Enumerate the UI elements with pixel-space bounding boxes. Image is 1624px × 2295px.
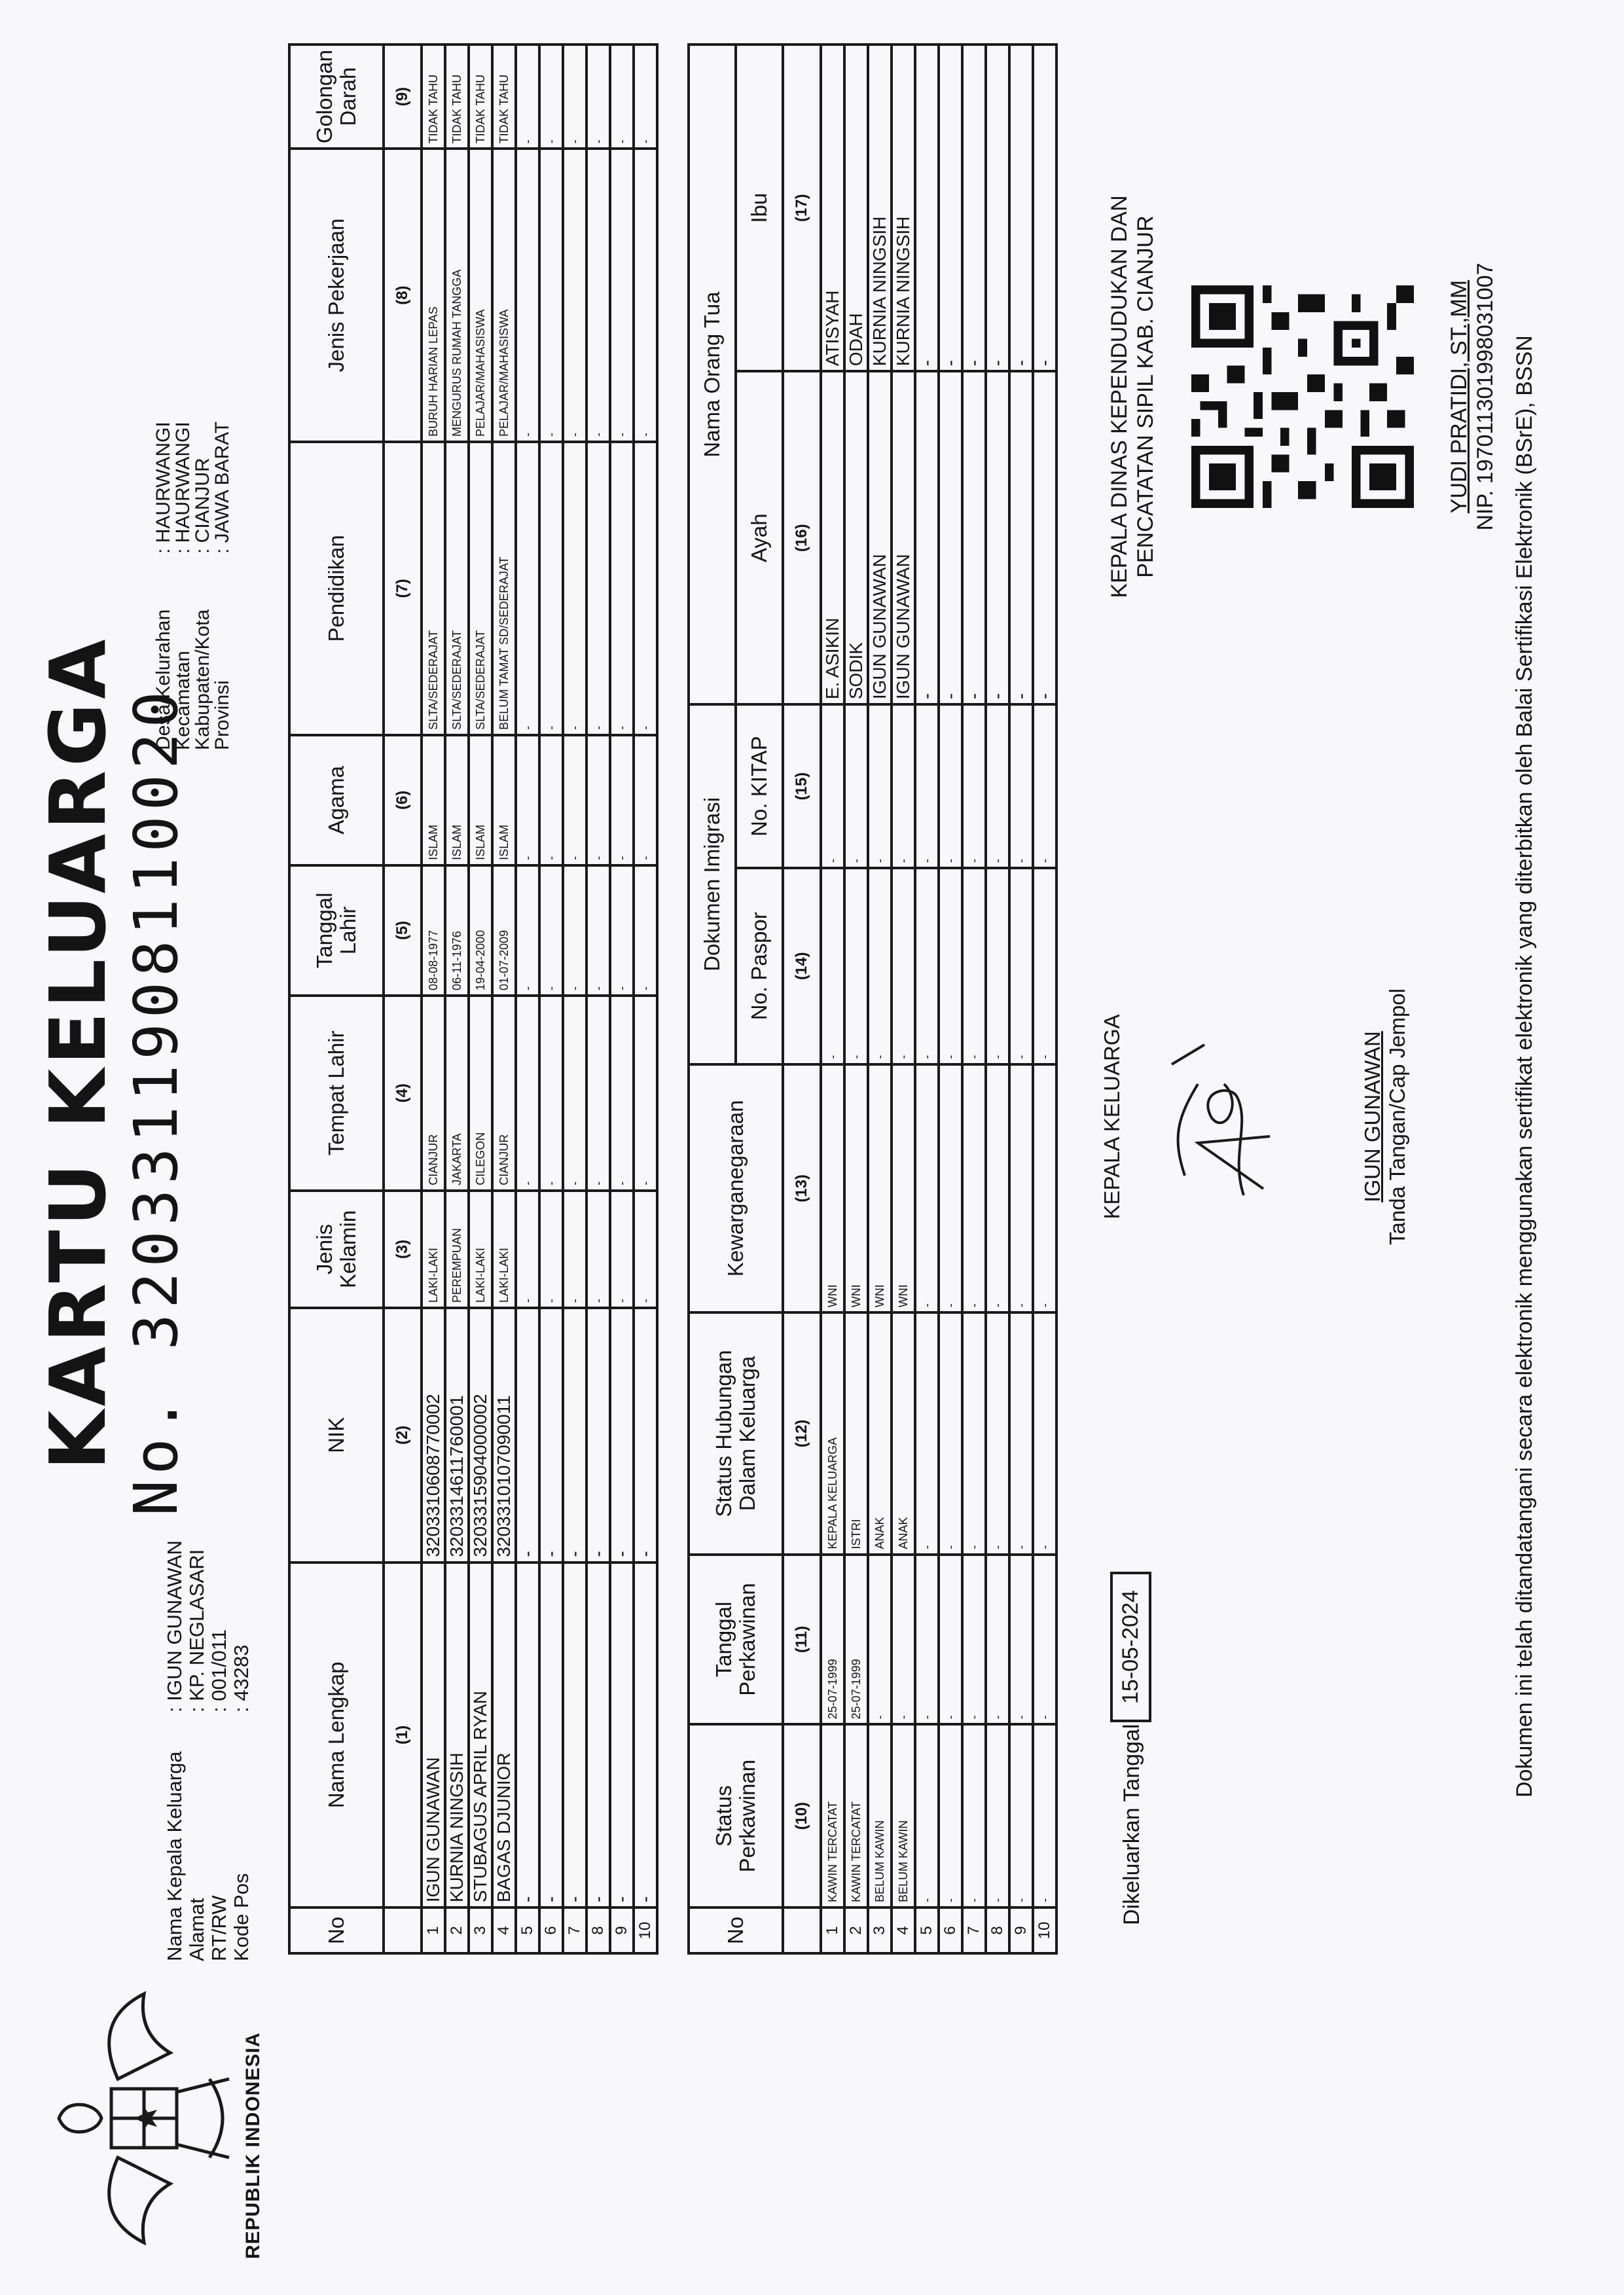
status-cell: - bbox=[939, 868, 962, 1064]
column-number: (12) bbox=[783, 1312, 821, 1554]
status-cell: - bbox=[962, 868, 986, 1064]
member-cell: - bbox=[563, 1191, 586, 1308]
status-cell: - bbox=[962, 1064, 986, 1313]
column-header: Tanggal Perkawinan bbox=[689, 1555, 783, 1725]
member-cell: - bbox=[610, 1563, 634, 1908]
member-cell: 7 bbox=[563, 1907, 586, 1953]
column-number: (4) bbox=[384, 996, 422, 1191]
family-card-sheet: REPUBLIK INDONESIA Nama Kepala Keluarga:… bbox=[0, 0, 1624, 2295]
member-cell: - bbox=[563, 996, 586, 1191]
member-cell: 10 bbox=[634, 1907, 657, 1953]
status-cell: - bbox=[1033, 704, 1056, 868]
member-cell: ISLAM bbox=[445, 735, 469, 865]
parents-group-header: Nama Orang Tua bbox=[689, 45, 736, 704]
status-cell: 9 bbox=[1009, 1907, 1033, 1953]
status-cell: ANAK bbox=[892, 1312, 915, 1554]
esign-note: Dokumen ini telah ditandatangani secara … bbox=[1512, 335, 1538, 1798]
status-cell: ATISYAH bbox=[821, 45, 844, 371]
status-cell: - bbox=[915, 704, 939, 868]
member-row: 6--------- bbox=[539, 45, 563, 1953]
status-cell: - bbox=[1033, 1312, 1056, 1554]
status-table-header: NoStatus PerkawinanTanggal PerkawinanSta… bbox=[689, 45, 736, 1953]
status-row: 8-------- bbox=[986, 45, 1009, 1953]
status-cell: - bbox=[915, 1312, 939, 1554]
member-row: 4BAGAS DJUNIOR3203310107090011LAKI-LAKIC… bbox=[492, 45, 516, 1953]
member-cell: - bbox=[586, 45, 610, 149]
member-cell: ISLAM bbox=[469, 735, 492, 865]
status-cell: E. ASIKIN bbox=[821, 371, 844, 704]
status-cell: 4 bbox=[892, 1907, 915, 1953]
member-cell: - bbox=[610, 865, 634, 996]
member-cell: 4 bbox=[492, 1907, 516, 1953]
status-cell: 5 bbox=[915, 1907, 939, 1953]
status-cell: - bbox=[986, 45, 1009, 371]
column-number: (7) bbox=[384, 442, 422, 735]
column-number: (10) bbox=[783, 1724, 821, 1907]
column-header: Kewarganegaraan bbox=[689, 1064, 783, 1313]
status-cell: IGUN GUNAWAN bbox=[868, 371, 892, 704]
member-cell: - bbox=[586, 1308, 610, 1562]
member-cell: KURNIA NINGSIH bbox=[445, 1563, 469, 1908]
member-cell: 9 bbox=[610, 1907, 634, 1953]
member-cell: - bbox=[563, 735, 586, 865]
status-cell: BELUM KAWIN bbox=[892, 1724, 915, 1907]
status-cell: WNI bbox=[868, 1064, 892, 1313]
status-cell: 1 bbox=[821, 1907, 844, 1953]
column-number: (17) bbox=[783, 45, 821, 371]
member-cell: CIANJUR bbox=[422, 996, 445, 1191]
member-cell: - bbox=[610, 996, 634, 1191]
status-row: 9-------- bbox=[1009, 45, 1033, 1953]
status-cell: - bbox=[1033, 45, 1056, 371]
status-cell: 8 bbox=[986, 1907, 1009, 1953]
member-cell: - bbox=[563, 45, 586, 149]
status-cell: 10 bbox=[1033, 1907, 1056, 1953]
member-cell: - bbox=[586, 442, 610, 735]
official-signature-block: KEPALA DINAS KEPENDUDUKAN DAN PENCATATAN… bbox=[1106, 102, 1498, 691]
status-cell: 25-07-1999 bbox=[821, 1555, 844, 1725]
status-cell: - bbox=[939, 1312, 962, 1554]
member-cell: 06-11-1976 bbox=[445, 865, 469, 996]
column-header: Status Hubungan Dalam Keluarga bbox=[689, 1312, 783, 1554]
member-row: 9--------- bbox=[610, 45, 634, 1953]
member-cell: - bbox=[610, 45, 634, 149]
member-cell: LAKI-LAKI bbox=[492, 1191, 516, 1308]
member-cell: ISLAM bbox=[422, 735, 445, 865]
member-row: 3STUBAGUS APRIL RYAN3203315904000002LAKI… bbox=[469, 45, 492, 1953]
member-cell: JAKARTA bbox=[445, 996, 469, 1191]
member-cell: - bbox=[563, 1308, 586, 1562]
issued-date: 15-05-2024 bbox=[1110, 1572, 1151, 1722]
status-cell: - bbox=[1009, 1555, 1033, 1725]
member-cell: - bbox=[563, 149, 586, 442]
member-cell: - bbox=[586, 735, 610, 865]
status-cell: - bbox=[1009, 45, 1033, 371]
member-cell: - bbox=[539, 1308, 563, 1562]
member-row: 8--------- bbox=[586, 45, 610, 1953]
status-row: 3BELUM KAWIN-ANAKWNI--IGUN GUNAWANKURNIA… bbox=[868, 45, 892, 1953]
village-value: : HAURWANGI bbox=[154, 422, 173, 554]
member-cell: - bbox=[586, 1563, 610, 1908]
region-label: Kabupaten/Kota bbox=[193, 554, 213, 750]
column-number: (1) bbox=[384, 1563, 422, 1908]
status-cell: - bbox=[986, 1555, 1009, 1725]
status-table-col-numbers: (10)(11)(12)(13)(14)(15)(16)(17) bbox=[783, 45, 821, 1953]
household-info: Nama Kepala Keluarga: IGUN GUNAWAN Alama… bbox=[164, 1540, 253, 1961]
district-value: : HAURWANGI bbox=[173, 422, 193, 554]
member-cell: 3203315904000002 bbox=[469, 1308, 492, 1562]
region-info: Desa/Kelurahan: HAURWANGI Kecamatan: HAU… bbox=[154, 422, 232, 750]
status-cell: - bbox=[986, 704, 1009, 868]
member-cell: LAKI-LAKI bbox=[469, 1191, 492, 1308]
member-cell: CILEGON bbox=[469, 996, 492, 1191]
status-cell: KURNIA NINGSIH bbox=[868, 45, 892, 371]
member-cell: - bbox=[516, 1191, 539, 1308]
status-row: 1KAWIN TERCATAT25-07-1999KEPALA KELUARGA… bbox=[821, 45, 844, 1953]
column-number: (16) bbox=[783, 371, 821, 704]
member-cell: 01-07-2009 bbox=[492, 865, 516, 996]
immigration-group-header: Dokumen Imigrasi bbox=[689, 704, 736, 1064]
info-label: RT/RW bbox=[208, 1712, 230, 1961]
member-cell: STUBAGUS APRIL RYAN bbox=[469, 1563, 492, 1908]
member-cell: PELAJAR/MAHASISWA bbox=[469, 149, 492, 442]
member-row: 10--------- bbox=[634, 45, 657, 1953]
column-header: NIK bbox=[289, 1308, 384, 1562]
head-title: KEPALA KELUARGA bbox=[1100, 920, 1125, 1313]
column-header: Agama bbox=[289, 735, 384, 865]
rt-rw-value: : 001/011 bbox=[208, 1629, 230, 1712]
status-cell: - bbox=[915, 1724, 939, 1907]
status-cell: - bbox=[962, 1724, 986, 1907]
column-number bbox=[783, 1907, 821, 1953]
status-cell: - bbox=[892, 868, 915, 1064]
status-cell: - bbox=[939, 1064, 962, 1313]
member-cell: 08-08-1977 bbox=[422, 865, 445, 996]
member-cell: BAGAS DJUNIOR bbox=[492, 1563, 516, 1908]
status-cell: - bbox=[844, 868, 868, 1064]
column-number bbox=[384, 1907, 422, 1953]
status-cell: BELUM KAWIN bbox=[868, 1724, 892, 1907]
member-cell: TIDAK TAHU bbox=[422, 45, 445, 149]
member-cell: - bbox=[539, 149, 563, 442]
member-cell: - bbox=[586, 1191, 610, 1308]
member-cell: SLTA/SEDERAJAT bbox=[422, 442, 445, 735]
member-cell: PELAJAR/MAHASISWA bbox=[492, 149, 516, 442]
column-number: (14) bbox=[783, 868, 821, 1064]
head-caption: Tanda Tangan/Cap Jempol bbox=[1385, 920, 1410, 1313]
status-cell: - bbox=[1033, 1724, 1056, 1907]
column-number: (6) bbox=[384, 735, 422, 865]
region-label: Desa/Kelurahan bbox=[154, 554, 173, 750]
member-cell: PEREMPUAN bbox=[445, 1191, 469, 1308]
kk-number-value: 3203311908110020 bbox=[121, 686, 191, 1350]
member-cell: - bbox=[634, 996, 657, 1191]
column-number: (11) bbox=[783, 1555, 821, 1725]
status-cell: - bbox=[962, 704, 986, 868]
status-cell: - bbox=[1009, 1064, 1033, 1313]
status-cell: - bbox=[986, 1312, 1009, 1554]
member-cell: CIANJUR bbox=[492, 996, 516, 1191]
status-cell: - bbox=[986, 1064, 1009, 1313]
column-header: No. Paspor bbox=[736, 868, 783, 1064]
status-row: 4BELUM KAWIN-ANAKWNI--IGUN GUNAWANKURNIA… bbox=[892, 45, 915, 1953]
status-cell: - bbox=[868, 704, 892, 868]
member-cell: - bbox=[586, 149, 610, 442]
status-cell: KAWIN TERCATAT bbox=[844, 1724, 868, 1907]
status-cell: - bbox=[1009, 371, 1033, 704]
member-cell: 5 bbox=[516, 1907, 539, 1953]
status-cell: - bbox=[962, 45, 986, 371]
address-value: : KP. NEGLASARI bbox=[186, 1549, 208, 1712]
status-cell: - bbox=[986, 868, 1009, 1064]
status-row: 2KAWIN TERCATAT25-07-1999ISTRIWNI--SODIK… bbox=[844, 45, 868, 1953]
status-cell: - bbox=[939, 1555, 962, 1725]
info-label: Kode Pos bbox=[230, 1712, 253, 1961]
members-table-header: NoNama LengkapNIKJenis KelaminTempat Lah… bbox=[289, 45, 384, 1953]
issued-date-block: Dikeluarkan Tanggal: 15-05-2024 bbox=[1119, 1718, 1145, 1925]
column-header: No. KITAP bbox=[736, 704, 783, 868]
member-cell: LAKI-LAKI bbox=[422, 1191, 445, 1308]
member-cell: - bbox=[563, 442, 586, 735]
status-row: 6-------- bbox=[939, 45, 962, 1953]
member-cell: - bbox=[539, 865, 563, 996]
status-cell: - bbox=[939, 1724, 962, 1907]
status-cell: WNI bbox=[821, 1064, 844, 1313]
official-title-line2: PENCATATAN SIPIL KAB. CIANJUR bbox=[1132, 102, 1159, 691]
column-number: (9) bbox=[384, 45, 422, 149]
member-cell: - bbox=[563, 1563, 586, 1908]
members-table: NoNama LengkapNIKJenis KelaminTempat Lah… bbox=[288, 43, 659, 1955]
status-cell: - bbox=[868, 1555, 892, 1725]
status-cell: - bbox=[1033, 1064, 1056, 1313]
head-signature-block: KEPALA KELUARGA IGUN GUNAWAN Tanda Tanga… bbox=[1100, 920, 1410, 1313]
column-header: Golongan Darah bbox=[289, 45, 384, 149]
column-header: Jenis Pekerjaan bbox=[289, 149, 384, 442]
status-cell: 3 bbox=[868, 1907, 892, 1953]
member-cell: TIDAK TAHU bbox=[445, 45, 469, 149]
member-cell: TIDAK TAHU bbox=[492, 45, 516, 149]
status-cell: - bbox=[915, 1555, 939, 1725]
member-cell: - bbox=[516, 442, 539, 735]
column-header: Ibu bbox=[736, 45, 783, 371]
status-cell: ISTRI bbox=[844, 1312, 868, 1554]
member-cell: 19-04-2000 bbox=[469, 865, 492, 996]
status-cell: - bbox=[821, 704, 844, 868]
member-cell: - bbox=[634, 1563, 657, 1908]
member-cell: - bbox=[634, 865, 657, 996]
column-header: Nama Lengkap bbox=[289, 1563, 384, 1908]
member-cell: IGUN GUNAWAN bbox=[422, 1563, 445, 1908]
column-header: Pendidikan bbox=[289, 442, 384, 735]
member-cell: - bbox=[539, 1563, 563, 1908]
signature-icon bbox=[1159, 1019, 1290, 1215]
member-cell: - bbox=[563, 865, 586, 996]
status-cell: 7 bbox=[962, 1907, 986, 1953]
head-name: IGUN GUNAWAN bbox=[1360, 920, 1385, 1313]
member-cell: - bbox=[634, 45, 657, 149]
province-value: : JAWA BARAT bbox=[213, 422, 232, 554]
official-title-line1: KEPALA DINAS KEPENDUDUKAN DAN bbox=[1106, 102, 1132, 691]
member-row: 2KURNIA NINGSIH3203314611760001PEREMPUAN… bbox=[445, 45, 469, 1953]
status-row: 10-------- bbox=[1033, 45, 1056, 1953]
column-header: Status Perkawinan bbox=[689, 1724, 783, 1907]
status-cell: - bbox=[915, 1064, 939, 1313]
member-cell: 1 bbox=[422, 1907, 445, 1953]
status-cell: WNI bbox=[844, 1064, 868, 1313]
member-cell: TIDAK TAHU bbox=[469, 45, 492, 149]
members-table-col-numbers: (1)(2)(3)(4)(5)(6)(7)(8)(9) bbox=[384, 45, 422, 1953]
member-cell: - bbox=[539, 45, 563, 149]
status-cell: ODAH bbox=[844, 45, 868, 371]
postal-code-value: : 43283 bbox=[230, 1645, 253, 1712]
member-cell: 3203314611760001 bbox=[445, 1308, 469, 1562]
status-cell: - bbox=[844, 704, 868, 868]
member-cell: BURUH HARIAN LEPAS bbox=[422, 149, 445, 442]
member-cell: - bbox=[634, 1308, 657, 1562]
status-cell: - bbox=[939, 371, 962, 704]
issued-label: Dikeluarkan Tanggal: bbox=[1119, 1718, 1144, 1925]
column-header: Ayah bbox=[736, 371, 783, 704]
member-cell: SLTA/SEDERAJAT bbox=[445, 442, 469, 735]
official-nip: NIP. 197011301998031007 bbox=[1472, 102, 1498, 691]
member-cell: - bbox=[610, 735, 634, 865]
member-cell: - bbox=[516, 45, 539, 149]
status-cell: - bbox=[1009, 1724, 1033, 1907]
member-cell: - bbox=[610, 1308, 634, 1562]
status-cell: - bbox=[1009, 704, 1033, 868]
status-cell: - bbox=[939, 704, 962, 868]
member-cell: 6 bbox=[539, 1907, 563, 1953]
member-cell: - bbox=[516, 1308, 539, 1562]
column-number: (2) bbox=[384, 1308, 422, 1562]
status-cell: - bbox=[915, 45, 939, 371]
member-cell: - bbox=[586, 996, 610, 1191]
status-cell: - bbox=[939, 45, 962, 371]
column-header: No bbox=[689, 1907, 783, 1953]
member-cell: - bbox=[516, 735, 539, 865]
status-cell: - bbox=[915, 371, 939, 704]
region-label: Kecamatan bbox=[173, 554, 193, 750]
status-cell: - bbox=[986, 371, 1009, 704]
garuda-emblem-icon bbox=[20, 1981, 262, 2256]
status-cell: - bbox=[892, 1555, 915, 1725]
status-cell: - bbox=[986, 1724, 1009, 1907]
member-cell: - bbox=[610, 149, 634, 442]
status-row: 5-------- bbox=[915, 45, 939, 1953]
member-row: 1IGUN GUNAWAN3203310608770002LAKI-LAKICI… bbox=[422, 45, 445, 1953]
member-cell: BELUM TAMAT SD/SEDERAJAT bbox=[492, 442, 516, 735]
document-title: KARTU KELUARGA bbox=[33, 636, 123, 1470]
member-cell: ISLAM bbox=[492, 735, 516, 865]
member-cell: - bbox=[516, 1563, 539, 1908]
status-cell: KURNIA NINGSIH bbox=[892, 45, 915, 371]
column-number: (5) bbox=[384, 865, 422, 996]
status-cell: - bbox=[1033, 1555, 1056, 1725]
member-cell: - bbox=[634, 149, 657, 442]
member-cell: - bbox=[610, 1191, 634, 1308]
member-cell: - bbox=[539, 735, 563, 865]
status-cell: - bbox=[868, 868, 892, 1064]
member-cell: - bbox=[634, 735, 657, 865]
kk-number: No. 3203311908110020 bbox=[121, 686, 191, 1516]
column-header: Tempat Lahir bbox=[289, 996, 384, 1191]
member-cell: 8 bbox=[586, 1907, 610, 1953]
column-number: (3) bbox=[384, 1191, 422, 1308]
member-row: 5--------- bbox=[516, 45, 539, 1953]
member-cell: 3 bbox=[469, 1907, 492, 1953]
status-cell: - bbox=[915, 868, 939, 1064]
member-cell: - bbox=[539, 1191, 563, 1308]
member-cell: MENGURUS RUMAH TANGGA bbox=[445, 149, 469, 442]
status-cell: - bbox=[962, 1312, 986, 1554]
column-header: No bbox=[289, 1907, 384, 1953]
column-number: (13) bbox=[783, 1064, 821, 1313]
member-cell: - bbox=[539, 442, 563, 735]
info-label: Alamat bbox=[186, 1712, 208, 1961]
status-cell: - bbox=[892, 704, 915, 868]
status-cell: WNI bbox=[892, 1064, 915, 1313]
status-cell: 6 bbox=[939, 1907, 962, 1953]
column-header: Jenis Kelamin bbox=[289, 1191, 384, 1308]
member-cell: 3203310107090011 bbox=[492, 1308, 516, 1562]
status-cell: IGUN GUNAWAN bbox=[892, 371, 915, 704]
member-row: 7--------- bbox=[563, 45, 586, 1953]
column-header: Tanggal Lahir bbox=[289, 865, 384, 996]
region-label: Provinsi bbox=[213, 554, 232, 750]
kk-number-label: No. bbox=[121, 1392, 191, 1516]
regency-value: : CIANJUR bbox=[193, 458, 213, 554]
member-cell: 2 bbox=[445, 1907, 469, 1953]
member-cell: - bbox=[586, 865, 610, 996]
status-cell: - bbox=[821, 868, 844, 1064]
status-cell: KEPALA KELUARGA bbox=[821, 1312, 844, 1554]
status-cell: 2 bbox=[844, 1907, 868, 1953]
member-cell: - bbox=[610, 442, 634, 735]
status-row: 7-------- bbox=[962, 45, 986, 1953]
member-cell: - bbox=[516, 996, 539, 1191]
info-label: Nama Kepala Keluarga bbox=[164, 1712, 186, 1961]
status-cell: - bbox=[1033, 371, 1056, 704]
member-cell: 3203310608770002 bbox=[422, 1308, 445, 1562]
member-cell: - bbox=[516, 149, 539, 442]
country-label: REPUBLIK INDONESIA bbox=[242, 2033, 264, 2259]
column-number: (8) bbox=[384, 149, 422, 442]
qr-code-icon bbox=[1191, 285, 1414, 508]
member-cell: SLTA/SEDERAJAT bbox=[469, 442, 492, 735]
status-cell: SODIK bbox=[844, 371, 868, 704]
status-cell: - bbox=[1009, 868, 1033, 1064]
status-cell: - bbox=[962, 371, 986, 704]
member-cell: - bbox=[539, 996, 563, 1191]
status-table: NoStatus PerkawinanTanggal PerkawinanSta… bbox=[687, 43, 1058, 1955]
official-name: YUDI PRATIDI, ST.,MM bbox=[1446, 102, 1472, 691]
column-number: (15) bbox=[783, 704, 821, 868]
member-cell: - bbox=[634, 1191, 657, 1308]
status-cell: - bbox=[1009, 1312, 1033, 1554]
status-cell: - bbox=[962, 1555, 986, 1725]
member-cell: - bbox=[516, 865, 539, 996]
status-cell: KAWIN TERCATAT bbox=[821, 1724, 844, 1907]
status-cell: 25-07-1999 bbox=[844, 1555, 868, 1725]
status-cell: - bbox=[1033, 868, 1056, 1064]
head-name-value: : IGUN GUNAWAN bbox=[164, 1540, 186, 1712]
status-cell: ANAK bbox=[868, 1312, 892, 1554]
member-cell: - bbox=[634, 442, 657, 735]
